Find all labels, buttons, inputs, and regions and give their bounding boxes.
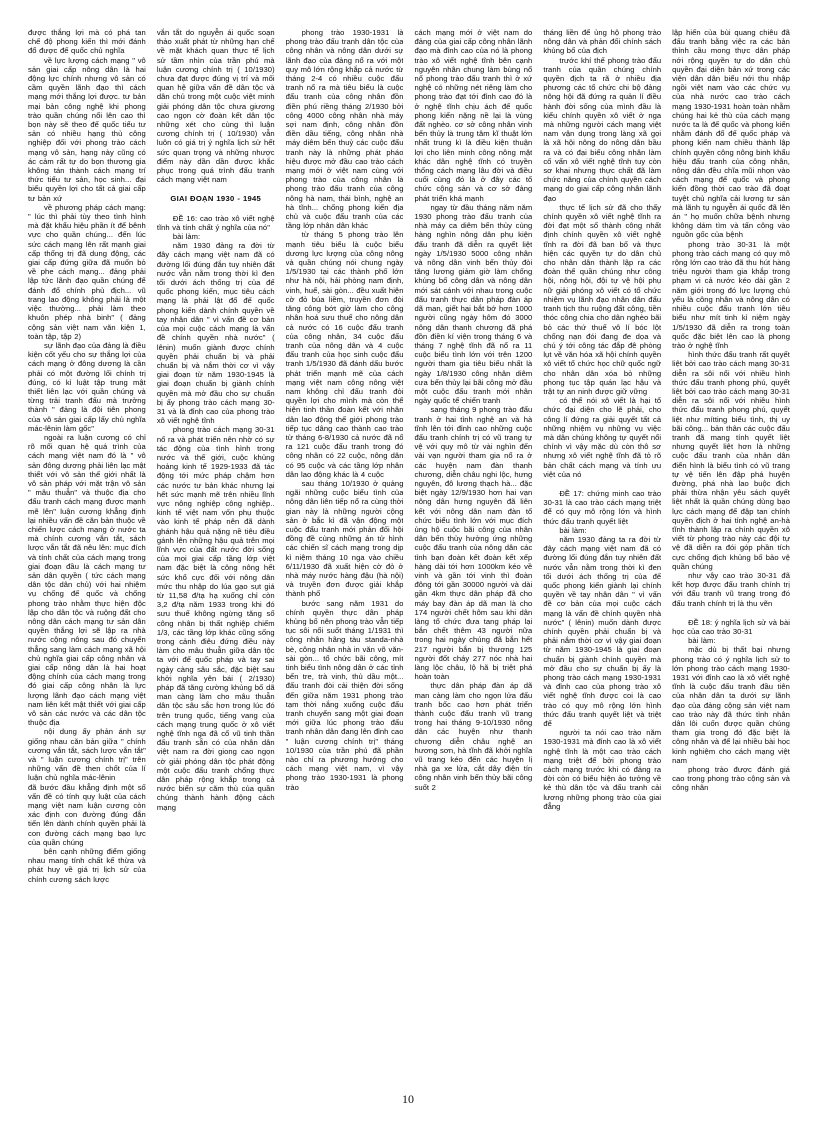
paragraph: sự lãnh đạo của đảng là điều kiện cốt yế… bbox=[28, 341, 146, 433]
paragraph: sang tháng 9 phong trào đấu tranh ở hai … bbox=[414, 405, 532, 681]
paragraph: lập hiến của bùi quang chiêu đã đấu tran… bbox=[672, 28, 790, 240]
paragraph: trước khí thế phong trào đấu tranh của q… bbox=[543, 56, 661, 203]
paragraph: sau tháng 10/1930 ở quảng ngãi những cuộ… bbox=[286, 479, 404, 599]
text-column-6: lập hiến của bùi quang chiêu đã đấu tran… bbox=[672, 28, 790, 1068]
paragraph: tháng liền để ủng hộ phong trào nông dân… bbox=[543, 28, 661, 56]
paragraph: mặc dù bị thất bại nhưng phong trào có ý… bbox=[672, 645, 790, 765]
exercise-heading: ĐỀ 16: cao trào xô viết nghệ tĩnh và tín… bbox=[157, 214, 275, 232]
page-number: 10 bbox=[0, 1092, 816, 1107]
document-page: được thắng lợi mà có phá tan chế độ phon… bbox=[0, 0, 816, 1123]
paragraph: năm 1930 đảng ra đời từ đây cách mạng vi… bbox=[157, 241, 275, 425]
paragraph: phong trào 30-31 là một phong trào cách … bbox=[672, 240, 790, 350]
paragraph: đã bước đầu khẳng định một số vấn đề có … bbox=[28, 783, 146, 847]
text-column-2: vắn tắt do nguyễn ái quốc soạn thảo xuất… bbox=[157, 28, 275, 1068]
exercise-heading: ĐỀ 17: chứng minh cao trào 30-31 là cao … bbox=[543, 489, 661, 526]
exercise-heading: ĐỀ 18: ý nghĩa lịch sử và bài học của ca… bbox=[672, 618, 790, 636]
subheading: bài làm: bbox=[672, 636, 790, 645]
paragraph: phong trào cách mạng 30-31 nổ ra và phát… bbox=[157, 425, 275, 812]
paragraph: cách mạng mới ở việt nam do đảng của gia… bbox=[414, 28, 532, 203]
paragraph: người ta nói cao trào năm 1930-1931 mà đ… bbox=[543, 728, 661, 811]
subheading: bài làm: bbox=[157, 232, 275, 241]
text-column-1: được thắng lợi mà có phá tan chế độ phon… bbox=[28, 28, 146, 1068]
paragraph: năm 1930 đảng ta ra đời từ đây cách mạng… bbox=[543, 535, 661, 728]
text-column-3: phong trào 1930-1931 là phong trào đấu t… bbox=[286, 28, 404, 1068]
text-column-4: cách mạng mới ở việt nam do đảng của gia… bbox=[414, 28, 532, 1068]
paragraph: từ tháng 5 phong trào lên mạnh tiêu biểu… bbox=[286, 230, 404, 478]
paragraph: hình thức đấu tranh rất quyết liệt bởi c… bbox=[672, 350, 790, 571]
paragraph: thực tế lịch sử đã cho thấy chính quyền … bbox=[543, 203, 661, 396]
paragraph: nội dung ấy phản ánh sự giống nhau căn b… bbox=[28, 727, 146, 782]
paragraph: phong trào được đánh giá cao trong phong… bbox=[672, 765, 790, 793]
paragraph: về lực lượng cách mạng " vô sản giai cấp… bbox=[28, 56, 146, 203]
paragraph: ngay từ đầu tháng năm năm 1930 phong trà… bbox=[414, 203, 532, 405]
paragraph: ngoài ra luận cương có chỉ rõ mối quan h… bbox=[28, 433, 146, 728]
paragraph: vắn tắt do nguyễn ái quốc soạn thảo xuất… bbox=[157, 28, 275, 184]
paragraph: được thắng lợi mà có phá tan chế độ phon… bbox=[28, 28, 146, 56]
paragraph: thực dân pháp đàn áp dã man càng làm cho… bbox=[414, 681, 532, 791]
paragraph: về phương pháp cách mạng: " lúc thì phải… bbox=[28, 203, 146, 341]
text-column-5: tháng liền để ủng hộ phong trào nông dân… bbox=[543, 28, 661, 1068]
paragraph: phong trào 1930-1931 là phong trào đấu t… bbox=[286, 28, 404, 230]
paragraph: có thể nói xô viết là hại tổ chức đại di… bbox=[543, 396, 661, 479]
paragraph: như vậy cao trào 30-31 đã kết hợp được đ… bbox=[672, 571, 790, 608]
section-heading: GIAI ĐOẠN 1930 - 1945 bbox=[157, 194, 275, 203]
paragraph: bên cạnh những điểm giống nhau mang tính… bbox=[28, 847, 146, 884]
paragraph: bước sang năm 1931 do chính quyền thực d… bbox=[286, 599, 404, 792]
text-columns-container: được thắng lợi mà có phá tan chế độ phon… bbox=[28, 28, 790, 1068]
subheading: bài làm: bbox=[543, 526, 661, 535]
